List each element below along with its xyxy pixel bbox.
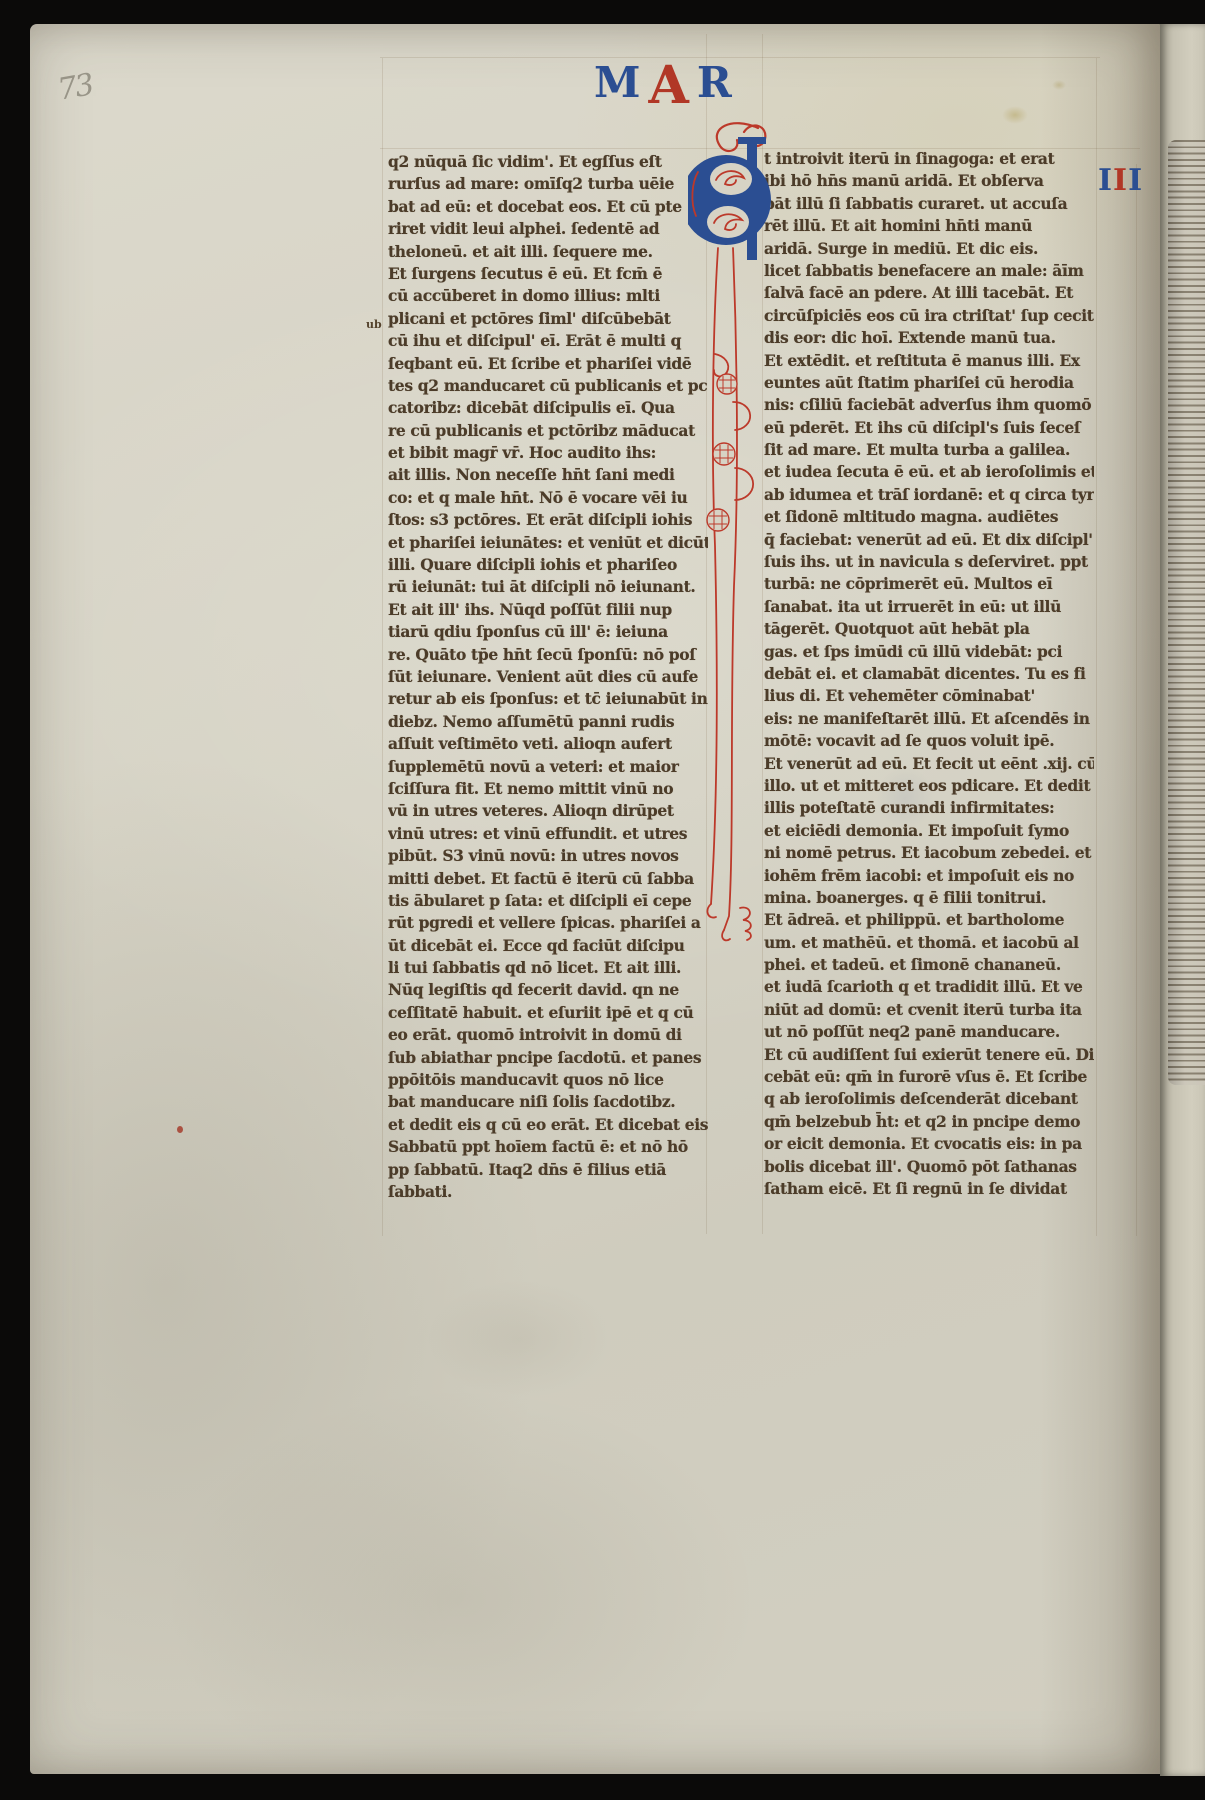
- text-column-2: t introivit iterū in ſinagoga: et eratib…: [764, 148, 1094, 1204]
- text-line: ſeqbant eū. Et ſcribe et phariſei vidē: [388, 353, 708, 375]
- text-line: rurſus ad mare: omīſq2 turba uēie: [388, 173, 708, 195]
- text-line: rēt illū. Et ait homini hn̄ti manū: [764, 215, 1094, 237]
- decorated-letter: I: [1113, 166, 1127, 196]
- decorated-letter: M: [594, 62, 641, 104]
- text-line: et iudā ſcarioth q et tradidit illū. Et …: [764, 976, 1094, 998]
- text-line: ſabbati.: [388, 1181, 708, 1203]
- text-line: Et cū audiſſent ſui exierūt tenere eū. D…: [764, 1044, 1094, 1066]
- text-line: cū accūberet in domo illius: mlti: [388, 285, 708, 307]
- text-line: pibūt. S3 vinū novū: in utres novos: [388, 845, 708, 867]
- text-line: licet ſabbatis benefacere an male: āīm: [764, 260, 1094, 282]
- decorated-letter: I: [1098, 166, 1112, 196]
- text-line: cū ihu et diſcipul' eī. Erāt ē multi q: [388, 330, 708, 352]
- text-line: ceſſitatē habuit. et eſuriit ipē et q cū: [388, 1002, 708, 1024]
- text-line: riret vidit leui alphei. ſedentē ad: [388, 218, 708, 240]
- text-line: et bibit magr̄ vr̄. Hoc audito ihs:: [388, 442, 708, 464]
- text-line: aridā. Surge in mediū. Et dic eis.: [764, 238, 1094, 260]
- text-line: eo erāt. quomō introivit in domū di: [388, 1024, 708, 1046]
- text-line: q ab ieroſolimis deſcenderāt dicebant: [764, 1088, 1094, 1110]
- text-line: et eiciēdi demonia. Et impoſuit ſymo: [764, 820, 1094, 842]
- ruling-line-vertical: [382, 58, 383, 1236]
- folio-number: 73: [55, 67, 95, 107]
- text-line: dis eor: dic hoī. Extende manū tua.: [764, 327, 1094, 349]
- text-line: gas. et ſps imūdi cū illū videbāt: pci: [764, 641, 1094, 663]
- ruling-line-vertical: [1136, 164, 1137, 1236]
- running-title: MAR: [594, 62, 732, 112]
- text-line: retur ab eis ſponſus: et tc̄ ieiunabūt i…: [388, 688, 708, 710]
- text-line: tāgerēt. Quotquot aūt hebāt pla: [764, 618, 1094, 640]
- text-line: ſatham eicē. Et ſi regnū in ſe dividat: [764, 1178, 1094, 1200]
- illuminated-initial-e: [688, 116, 772, 976]
- text-line: vinū utres: et vinū effundit. et utres: [388, 823, 708, 845]
- text-line: et ſidonē mltitudo magna. audiētes: [764, 506, 1094, 528]
- text-line: phei. et tadeū. et ſimonē chananeū.: [764, 954, 1094, 976]
- manuscript-photo: 73 MAR III q2 nūquā ſic vidim'. Et egſſu…: [0, 0, 1205, 1800]
- text-line: debāt ei. et clamabāt dicentes. Tu es fi: [764, 663, 1094, 685]
- text-line: Nūq legiſtis qd fecerit david. qn ne: [388, 979, 708, 1001]
- text-line: rūt pgredi et vellere ſpicas. phariſei a: [388, 912, 708, 934]
- text-line: t introivit iterū in ſinagoga: et erat: [764, 148, 1094, 170]
- text-line: pp ſabbatū. Itaq2 dn̄s ē filius etiā: [388, 1159, 708, 1181]
- text-line: et phariſei ieiunātes: et veniūt et dicū…: [388, 532, 708, 554]
- text-line: Et extēdit. et reſtituta ē manus illi. E…: [764, 350, 1094, 372]
- text-line: circūſpiciēs eos cū ira ctriſtat' ſup ce…: [764, 305, 1094, 327]
- text-line: ſtos: s3 pctōres. Et erāt diſcipli iohis: [388, 509, 708, 531]
- text-line: bat manducare niſi ſolis ſacdotibz.: [388, 1091, 708, 1113]
- text-line: vū in utres veteres. Alioqn dirūpet: [388, 800, 708, 822]
- text-line: eis: ne manifeſtarēt illū. Et aſcendēs i…: [764, 708, 1094, 730]
- text-line: Et ādreā. et philippū. et bartholome: [764, 909, 1094, 931]
- paraph-mark: [740, 908, 751, 940]
- text-line: et dedit eis q cū eo erāt. Et dicebat ei…: [388, 1114, 708, 1136]
- text-line: ūt dicebāt ei. Ecce qd faciūt diſcipu: [388, 935, 708, 957]
- text-line: li tui ſabbatis qd nō licet. Et ait illi…: [388, 957, 708, 979]
- text-line: Sabbatū ppt hoīem factū ē: et nō hō: [388, 1136, 708, 1158]
- text-line: ſciſſura fit. Et nemo mittit vinū no: [388, 778, 708, 800]
- text-line: co: et q male hn̄t. Nō ē vocare vēi iu: [388, 487, 708, 509]
- text-line: mōtē: vocavit ad ſe quos voluit ipē.: [764, 730, 1094, 752]
- text-line: illo. ut et mitteret eos pdicare. Et ded…: [764, 775, 1094, 797]
- ruling-line-vertical: [1096, 58, 1097, 1236]
- text-line: iohēm frēm iacobi: et impoſuit eis no: [764, 865, 1094, 887]
- text-line: ſalvā facē an pdere. At illi tacebāt. Et: [764, 282, 1094, 304]
- text-line: tis ābularet p ſata: et diſcipli eī cepe: [388, 890, 708, 912]
- ruling-line-horizontal: [380, 57, 1100, 58]
- text-line: et iudea ſecuta ē eū. et ab ieroſolimis …: [764, 461, 1094, 483]
- text-line: turbā: ne cōprimerēt eū. Multos eī: [764, 573, 1094, 595]
- text-line: mina. boanerges. q ē filii tonitrui.: [764, 887, 1094, 909]
- text-line: cebāt eū: qm̄ in furorē vſus ē. Et ſcrib…: [764, 1066, 1094, 1088]
- parchment-stain: [425, 1279, 615, 1399]
- text-line: illi. Quare diſcipli iohis et phariſeo: [388, 554, 708, 576]
- decorated-letter: A: [649, 60, 689, 112]
- text-line: ni nomē petrus. Et iacobum zebedei. et: [764, 842, 1094, 864]
- text-line: eū pderēt. Et ihs cū diſcipl's ſuis ſece…: [764, 417, 1094, 439]
- parchment-stain: [1052, 80, 1066, 90]
- parchment-stain: [1002, 106, 1028, 124]
- text-line: tiarū qdiu ſponſus cū ill' ē: ieiuna: [388, 621, 708, 643]
- text-line: q̄ faciebat: venerūt ad eū. Et dix diſci…: [764, 529, 1094, 551]
- facing-page-text-edge: [1168, 140, 1205, 1085]
- text-line: mitti debet. Et factū ē iterū cū ſabba: [388, 868, 708, 890]
- text-line: euntes aūt ſtatim phariſei cū herodia: [764, 372, 1094, 394]
- text-line: ait illis. Non neceſſe hn̄t ſani medi: [388, 464, 708, 486]
- text-line: niūt ad domū: et cvenit iterū turba ita: [764, 999, 1094, 1021]
- text-line: lius di. Et vehemēter cōminabat': [764, 685, 1094, 707]
- text-line: bolis dicebat ill'. Quomō pōt ſathanas: [764, 1156, 1094, 1178]
- text-line: ab idumea et trāſ iordanē: et q circa ty…: [764, 484, 1094, 506]
- text-line: re. Quāto tp̄e hn̄t ſecū ſponſū: nō poſ: [388, 644, 708, 666]
- text-line: ut nō poſſūt neq2 panē manducare.: [764, 1021, 1094, 1043]
- text-line: ſupplemētū novū a veteri: et maior: [388, 756, 708, 778]
- red-ink-speck: [177, 1126, 183, 1133]
- text-line: re cū publicanis et pctōribz māducat: [388, 420, 708, 442]
- text-column-1: q2 nūquā ſic vidim'. Et egſſus eſtrurſus…: [388, 151, 708, 1207]
- text-line: Et ait ill' ihs. Nūqd poſſūt filii nup: [388, 599, 708, 621]
- text-line: ibi hō hn̄s manū aridā. Et obſerva: [764, 170, 1094, 192]
- decorated-letter: I: [1128, 166, 1142, 196]
- text-line: nis: cſiliū faciebāt adverſus ihm quomō: [764, 394, 1094, 416]
- text-line: rū ieiunāt: tui āt diſcipli nō ieiunant.: [388, 576, 708, 598]
- text-line: ppōitōis manducavit quos nō lice: [388, 1069, 708, 1091]
- decorated-letter: R: [697, 62, 732, 104]
- text-line: ſūt ieiunare. Venient aūt dies cū aufe: [388, 666, 708, 688]
- text-line: catoribz: dicebāt diſcipulis eī. Qua: [388, 397, 708, 419]
- text-line: plicani et pctōres ſiml' diſcūbebāt: [388, 308, 708, 330]
- text-line: ſuis ihs. ut in navicula s deſerviret. p…: [764, 551, 1094, 573]
- chapter-numeral: III: [1098, 166, 1142, 196]
- text-line: bat ad eū: et docebat eos. Et cū pte: [388, 196, 708, 218]
- text-line: ſanabat. ita ut irruerēt in eū: ut illū: [764, 596, 1094, 618]
- text-line: Et ſurgens ſecutus ē eū. Et fcm̄ ē: [388, 263, 708, 285]
- text-line: tes q2 manducaret cū publicanis et pc: [388, 375, 708, 397]
- text-line: aſſuit veſtimēto veti. alioqn aufert: [388, 733, 708, 755]
- text-line: qm̄ belzebub h̄t: et q2 in pncipe demo: [764, 1111, 1094, 1133]
- text-line: theloneū. et ait illi. ſequere me.: [388, 241, 708, 263]
- text-line: Et venerūt ad eū. Et fecit ut eēnt .xij.…: [764, 753, 1094, 775]
- margin-note: ub: [366, 318, 382, 331]
- text-line: ſit ad mare. Et multa turba a galilea.: [764, 439, 1094, 461]
- text-line: q2 nūquā ſic vidim'. Et egſſus eſt: [388, 151, 708, 173]
- text-line: um. et mathēū. et thomā. et iacobū al: [764, 932, 1094, 954]
- text-line: illis poteſtatē curandi infirmitates:: [764, 797, 1094, 819]
- text-line: bāt illū ſi ſabbatis curaret. ut accuſa: [764, 193, 1094, 215]
- text-line: ſub abiathar pncipe ſacdotū. et panes: [388, 1047, 708, 1069]
- facing-page-fore-edge: [1160, 24, 1205, 1776]
- text-line: diebz. Nemo aſſumētū panni rudis: [388, 711, 708, 733]
- text-line: or eicit demonia. Et cvocatis eis: in pa: [764, 1133, 1094, 1155]
